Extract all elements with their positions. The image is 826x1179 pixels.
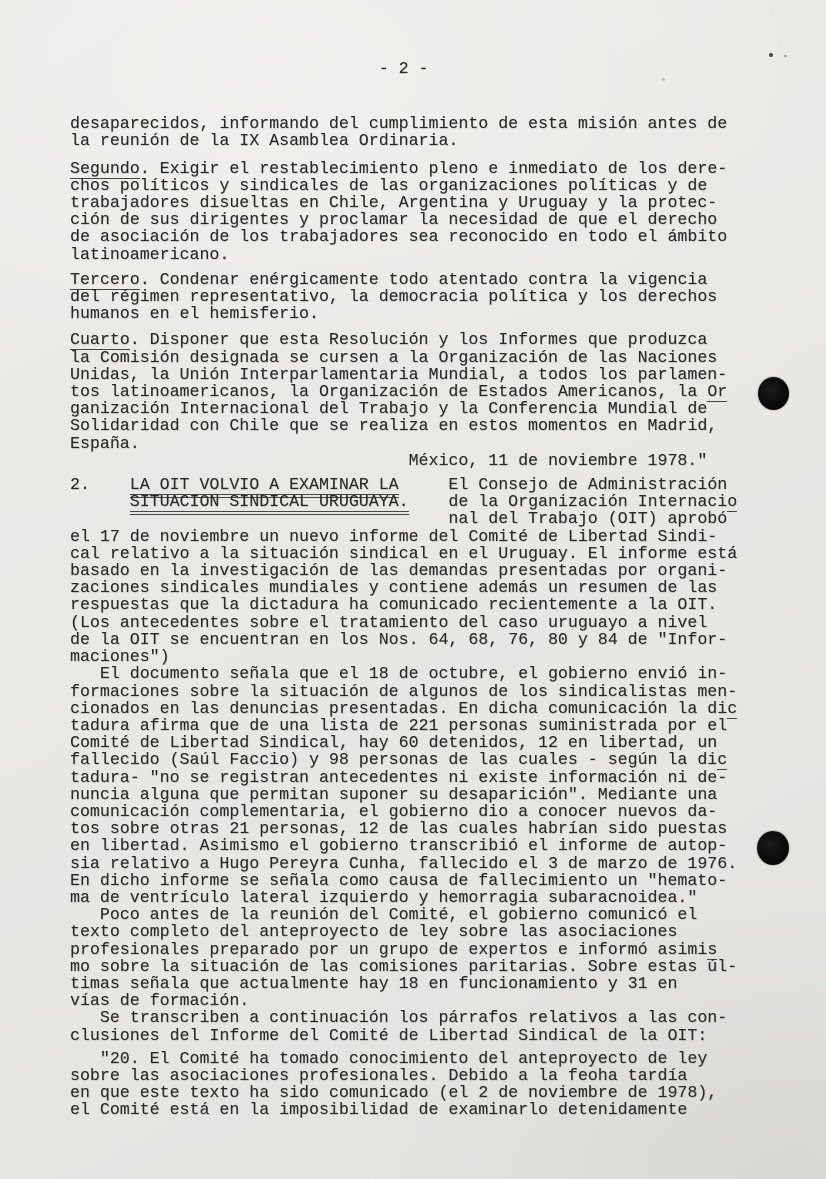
text-line: Unidas, la Unión Interparlamentaria Mund… [70, 366, 737, 383]
text-line: maciones") [70, 648, 737, 665]
text-line: cal relativo a la situación sindical en … [70, 545, 737, 562]
text-line: desaparecidos, informando del cumplimien… [70, 115, 737, 132]
ink-speck [662, 78, 665, 81]
text-line: México, 11 de noviembre 1978." [70, 452, 737, 469]
text-line: tos latinoamericanos, la Organización de… [70, 383, 737, 400]
punch-dot-bottom [757, 831, 789, 865]
text-line: latinoamericano. [70, 246, 737, 263]
text-line: Se transcriben a continuación los párraf… [70, 1009, 737, 1026]
text-run: - 2 - [70, 59, 428, 78]
text-line: clusiones del Informe del Comité de Libe… [70, 1027, 737, 1044]
text-line: de la OIT se encuentran en los Nos. 64, … [70, 631, 737, 648]
paragraph-tercero: Tercero. Condenar enérgicamente todo ate… [70, 271, 737, 323]
text-line: España. [70, 435, 737, 452]
text-line: respuestas que la dictadura ha comunicad… [70, 596, 737, 613]
text-line: zaciones sindicales mundiales y contiene… [70, 579, 737, 596]
text-run: sia relativo a Hugo Pereyra Cunha, falle… [70, 854, 737, 873]
text-line: (Los antecedentes sobre el tratamiento d… [70, 614, 737, 631]
text-line: ma de ventrículo lateral izquierdo y hem… [70, 889, 737, 906]
text-line: "20. El Comité ha tomado conocimiento de… [70, 1050, 737, 1067]
text-run: Solidaridad con Chile que se realiza en … [70, 416, 717, 435]
text-line: ganización Internacional del Trabajo y l… [70, 400, 737, 417]
text-run: de asociación de los trabajadores sea re… [70, 227, 727, 246]
text-run: cal relativo a la situación sindical en … [70, 544, 737, 563]
text-run: en que este texto ha sido comunicado (el… [70, 1083, 717, 1102]
text-run: nal del Trabajo (OIT) aprobó [70, 509, 727, 528]
text-line: la Comisión designada se cursen a la Org… [70, 349, 737, 366]
text-line: nuncia alguna que permitan suponer su de… [70, 786, 737, 803]
text-run: (Los antecedentes sobre el tratamiento d… [70, 613, 707, 632]
text-run: latinoamericano. [70, 245, 229, 264]
text-line: sia relativo a Hugo Pereyra Cunha, falle… [70, 855, 737, 872]
text-line: el 17 de noviembre un nuevo informe del … [70, 528, 737, 545]
ink-speck [769, 53, 773, 57]
text-run [399, 475, 449, 494]
text-line: del régimen representativo, la democraci… [70, 288, 737, 305]
text-run: ganización Internacional del Trabajo y l… [70, 399, 707, 418]
text-line: tadura- "no se registran antecedentes ni… [70, 769, 737, 786]
text-run: . Condenar enérgicamente todo atentado c… [140, 270, 708, 289]
text-run: basado en la investigación de las demand… [70, 561, 727, 580]
text-run: texto completo del anteproyecto de ley s… [70, 922, 677, 941]
paragraph-20: "20. El Comité ha tomado conocimiento de… [70, 1050, 737, 1119]
text-run: fallecido (Saúl Faccio) y 98 personas de… [70, 750, 717, 769]
text-run: formaciones sobre la situación de alguno… [70, 682, 737, 701]
text-run: zaciones sindicales mundiales y contiene… [70, 578, 717, 597]
text-line: comunicación complementaria, el gobierno… [70, 803, 737, 820]
text-run: comunicación complementaria, el gobierno… [70, 802, 717, 821]
text-line: ción de sus dirigentes y proclamar la ne… [70, 211, 737, 228]
section-2-body: el 17 de noviembre un nuevo informe del … [70, 528, 737, 1044]
text-line: SITUACION SINDICAL URUGUAYA. de la Organ… [70, 493, 737, 510]
text-run: la Comisión designada se cursen a la Org… [70, 348, 717, 367]
underlined-text: Or [707, 382, 727, 402]
text-run: timas señala que actualmente hay 18 en f… [70, 974, 677, 993]
text-run: chos políticos y sindicales de las organ… [70, 176, 707, 195]
text-run: El Consejo de Administración [448, 475, 727, 494]
text-run: la reunión de la IX Asamblea Ordinaria. [70, 131, 458, 150]
text-line: Segundo. Exigir el restablecimiento plen… [70, 160, 737, 177]
text-line: tadura afirma que de una lista de 221 pe… [70, 717, 737, 734]
text-line: sobre las asociaciones profesionales. De… [70, 1067, 737, 1084]
text-run: desaparecidos, informando del cumplimien… [70, 114, 727, 133]
text-run: 2. [70, 475, 130, 494]
paragraph-segundo: Segundo. Exigir el restablecimiento plen… [70, 160, 737, 263]
text-line: formaciones sobre la situación de alguno… [70, 683, 737, 700]
text-line: trabajadores disueltas en Chile, Argenti… [70, 194, 737, 211]
text-run: . Disponer que esta Resolución y los Inf… [130, 330, 708, 349]
text-run: nuncia alguna que permitan suponer su de… [70, 785, 717, 804]
text-run: Se transcriben a continuación los párraf… [70, 1008, 727, 1027]
page-number: - 2 - [70, 60, 737, 77]
text-run: respuestas que la dictadura ha comunicad… [70, 595, 717, 614]
text-run: sobre las asociaciones profesionales. De… [70, 1066, 687, 1085]
text-run: en libertad. Asimismo el gobierno transc… [70, 836, 727, 855]
text-line: mo sobre la situación de las comisiones … [70, 958, 737, 975]
text-run: del régimen representativo, la democraci… [70, 287, 717, 306]
section-2-heading: 2. LA OIT VOLVIO A EXAMINAR LA El Consej… [70, 476, 737, 528]
text-line: nal del Trabajo (OIT) aprobó [70, 510, 737, 527]
text-line: El documento señala que el 18 de octubre… [70, 665, 737, 682]
text-run: mo sobre la situación de las comisiones … [70, 957, 737, 976]
punch-dot-top [758, 377, 789, 410]
text-run: ción de sus dirigentes y proclamar la ne… [70, 210, 717, 229]
paragraph-cuarto: Cuarto. Disponer que esta Resolución y l… [70, 331, 737, 451]
text-line: chos políticos y sindicales de las organ… [70, 177, 737, 194]
text-line: 2. LA OIT VOLVIO A EXAMINAR LA El Consej… [70, 476, 737, 493]
text-line: Solidaridad con Chile que se realiza en … [70, 417, 737, 434]
text-line: En dicho informe se señala como causa de… [70, 872, 737, 889]
text-line: texto completo del anteproyecto de ley s… [70, 923, 737, 940]
scanned-page: - 2 -desaparecidos, informando del cumpl… [0, 0, 826, 1179]
text-run: humanos en el hemisferio. [70, 304, 319, 323]
text-line: fallecido (Saúl Faccio) y 98 personas de… [70, 751, 737, 768]
text-line: en que este texto ha sido comunicado (el… [70, 1084, 737, 1101]
text-run: tos latinoamericanos, la Organización de… [70, 382, 707, 401]
text-run: Unidas, la Unión Interparlamentaria Mund… [70, 365, 727, 384]
text-run: ma de ventrículo lateral izquierdo y hem… [70, 888, 697, 907]
text-run: trabajadores disueltas en Chile, Argenti… [70, 193, 717, 212]
underlined-text: o [727, 492, 737, 512]
document-text: - 2 -desaparecidos, informando del cumpl… [70, 60, 737, 1119]
text-line: vías de formación. [70, 992, 737, 1009]
text-line: timas señala que actualmente hay 18 en f… [70, 975, 737, 992]
text-run: tos sobre otras 21 personas, 12 de las c… [70, 819, 727, 838]
paragraph-intro: desaparecidos, informando del cumplimien… [70, 115, 737, 149]
text-run: clusiones del Informe del Comité de Libe… [70, 1026, 707, 1045]
underlined-text: c [727, 699, 737, 719]
text-line: humanos en el hemisferio. [70, 305, 737, 322]
text-line: cionados en las denuncias presentadas. E… [70, 700, 737, 717]
text-run: el 17 de noviembre un nuevo informe del … [70, 527, 717, 546]
text-run: En dicho informe se señala como causa de… [70, 871, 727, 890]
text-line: el Comité está en la imposibilidad de ex… [70, 1101, 737, 1118]
text-run: cionados en las denuncias presentadas. E… [70, 699, 727, 718]
text-run: Comité de Libertad Sindical, hay 60 dete… [70, 733, 717, 752]
text-run: El documento señala que el 18 de octubre… [70, 664, 727, 683]
text-run: de la OIT se encuentran en los Nos. 64, … [70, 630, 727, 649]
text-line: Poco antes de la reunión del Comité, el … [70, 906, 737, 923]
text-run: "20. El Comité ha tomado conocimiento de… [70, 1049, 707, 1068]
text-run: . Exigir el restablecimiento pleno e inm… [140, 159, 728, 178]
text-line: de asociación de los trabajadores sea re… [70, 228, 737, 245]
text-run: de la Organización Internaci [448, 492, 727, 511]
text-run: el Comité está en la imposibilidad de ex… [70, 1100, 687, 1119]
text-line: Tercero. Condenar enérgicamente todo ate… [70, 271, 737, 288]
text-run [409, 492, 449, 511]
text-run: tadura- "no se registran antecedentes ni… [70, 768, 727, 787]
text-line: basado en la investigación de las demand… [70, 562, 737, 579]
text-run: México, 11 de noviembre 1978." [70, 451, 707, 470]
text-line: profesionales preparado por un grupo de … [70, 941, 737, 958]
ink-speck [784, 55, 787, 57]
text-run [70, 492, 130, 511]
text-run: maciones") [70, 647, 170, 666]
text-run: profesionales preparado por un grupo de … [70, 940, 707, 959]
text-run: vías de formación. [70, 991, 249, 1010]
text-line: - 2 - [70, 60, 737, 77]
text-run: Poco antes de la reunión del Comité, el … [70, 905, 697, 924]
text-run: tadura afirma que de una lista de 221 pe… [70, 716, 727, 735]
text-line: la reunión de la IX Asamblea Ordinaria. [70, 132, 737, 149]
text-line: tos sobre otras 21 personas, 12 de las c… [70, 820, 737, 837]
text-line: Comité de Libertad Sindical, hay 60 dete… [70, 734, 737, 751]
date-line: México, 11 de noviembre 1978." [70, 452, 737, 469]
text-run: España. [70, 434, 140, 453]
text-line: en libertad. Asimismo el gobierno transc… [70, 837, 737, 854]
text-line: Cuarto. Disponer que esta Resolución y l… [70, 331, 737, 348]
